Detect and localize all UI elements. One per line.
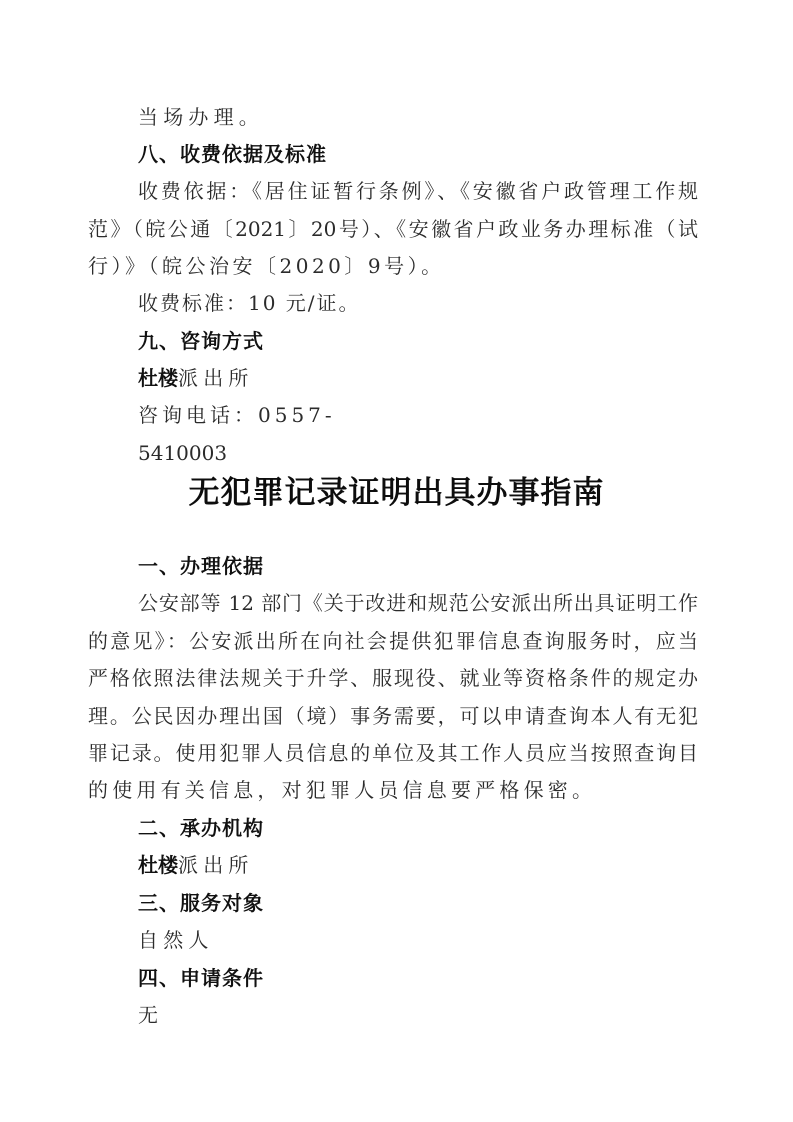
org-name-rest: 派出所 [178,366,254,390]
org-name-rest: 派出所 [178,853,254,877]
section-heading-target: 三、服务对象 [138,885,698,922]
basis-line: 理。公民因办理出国（境）事务需要，可以申请查询本人有无犯 [88,698,698,735]
section-heading-fee: 八、收费依据及标准 [138,136,698,173]
section-heading-agency: 二、承办机构 [138,810,698,847]
continuation-text: 当场办理。 [138,99,698,136]
target-value: 自然人 [138,922,698,959]
fee-basis-line-3: 行）》（皖公治安〔2020〕9号）。 [88,248,698,285]
contact-phone-line-2: 5410003 [138,435,698,472]
basis-line: 的意见》：公安派出所在向社会提供犯罪信息查询服务时，应当 [88,623,698,660]
contact-org: 杜楼派出所 [138,360,698,397]
fee-basis-line-1: 收费依据：《居住证暂行条例》、《安徽省户政管理工作规 [138,173,698,210]
fee-standard: 收费标准：10 元/证。 [138,285,698,322]
section-heading-conditions: 四、申请条件 [138,960,698,997]
agency-org: 杜楼派出所 [138,847,698,884]
fee-basis-line-2: 范》（皖公通〔2021〕20号）、《安徽省户政业务办理标准（试 [88,211,698,248]
org-name-bold: 杜楼 [138,366,178,390]
conditions-value: 无 [138,997,698,1034]
page-title: 无犯罪记录证明出具办事指南 [0,468,793,518]
basis-line: 严格依照法律法规关于升学、服现役、就业等资格条件的规定办 [88,660,698,697]
basis-line: 罪记录。使用犯罪人员信息的单位及其工作人员应当按照查询目 [88,735,698,772]
basis-line: 公安部等 12 部门《关于改进和规范公安派出所出具证明工作 [138,585,698,622]
document-page: 当场办理。 八、收费依据及标准 收费依据：《居住证暂行条例》、《安徽省户政管理工… [0,0,793,1122]
contact-phone-line-1: 咨询电话：0557- [138,397,698,434]
section-heading-contact: 九、咨询方式 [138,323,698,360]
section-heading-basis: 一、办理依据 [138,548,698,585]
basis-line: 的使用有关信息，对犯罪人员信息要严格保密。 [88,772,698,809]
org-name-bold: 杜楼 [138,853,178,877]
